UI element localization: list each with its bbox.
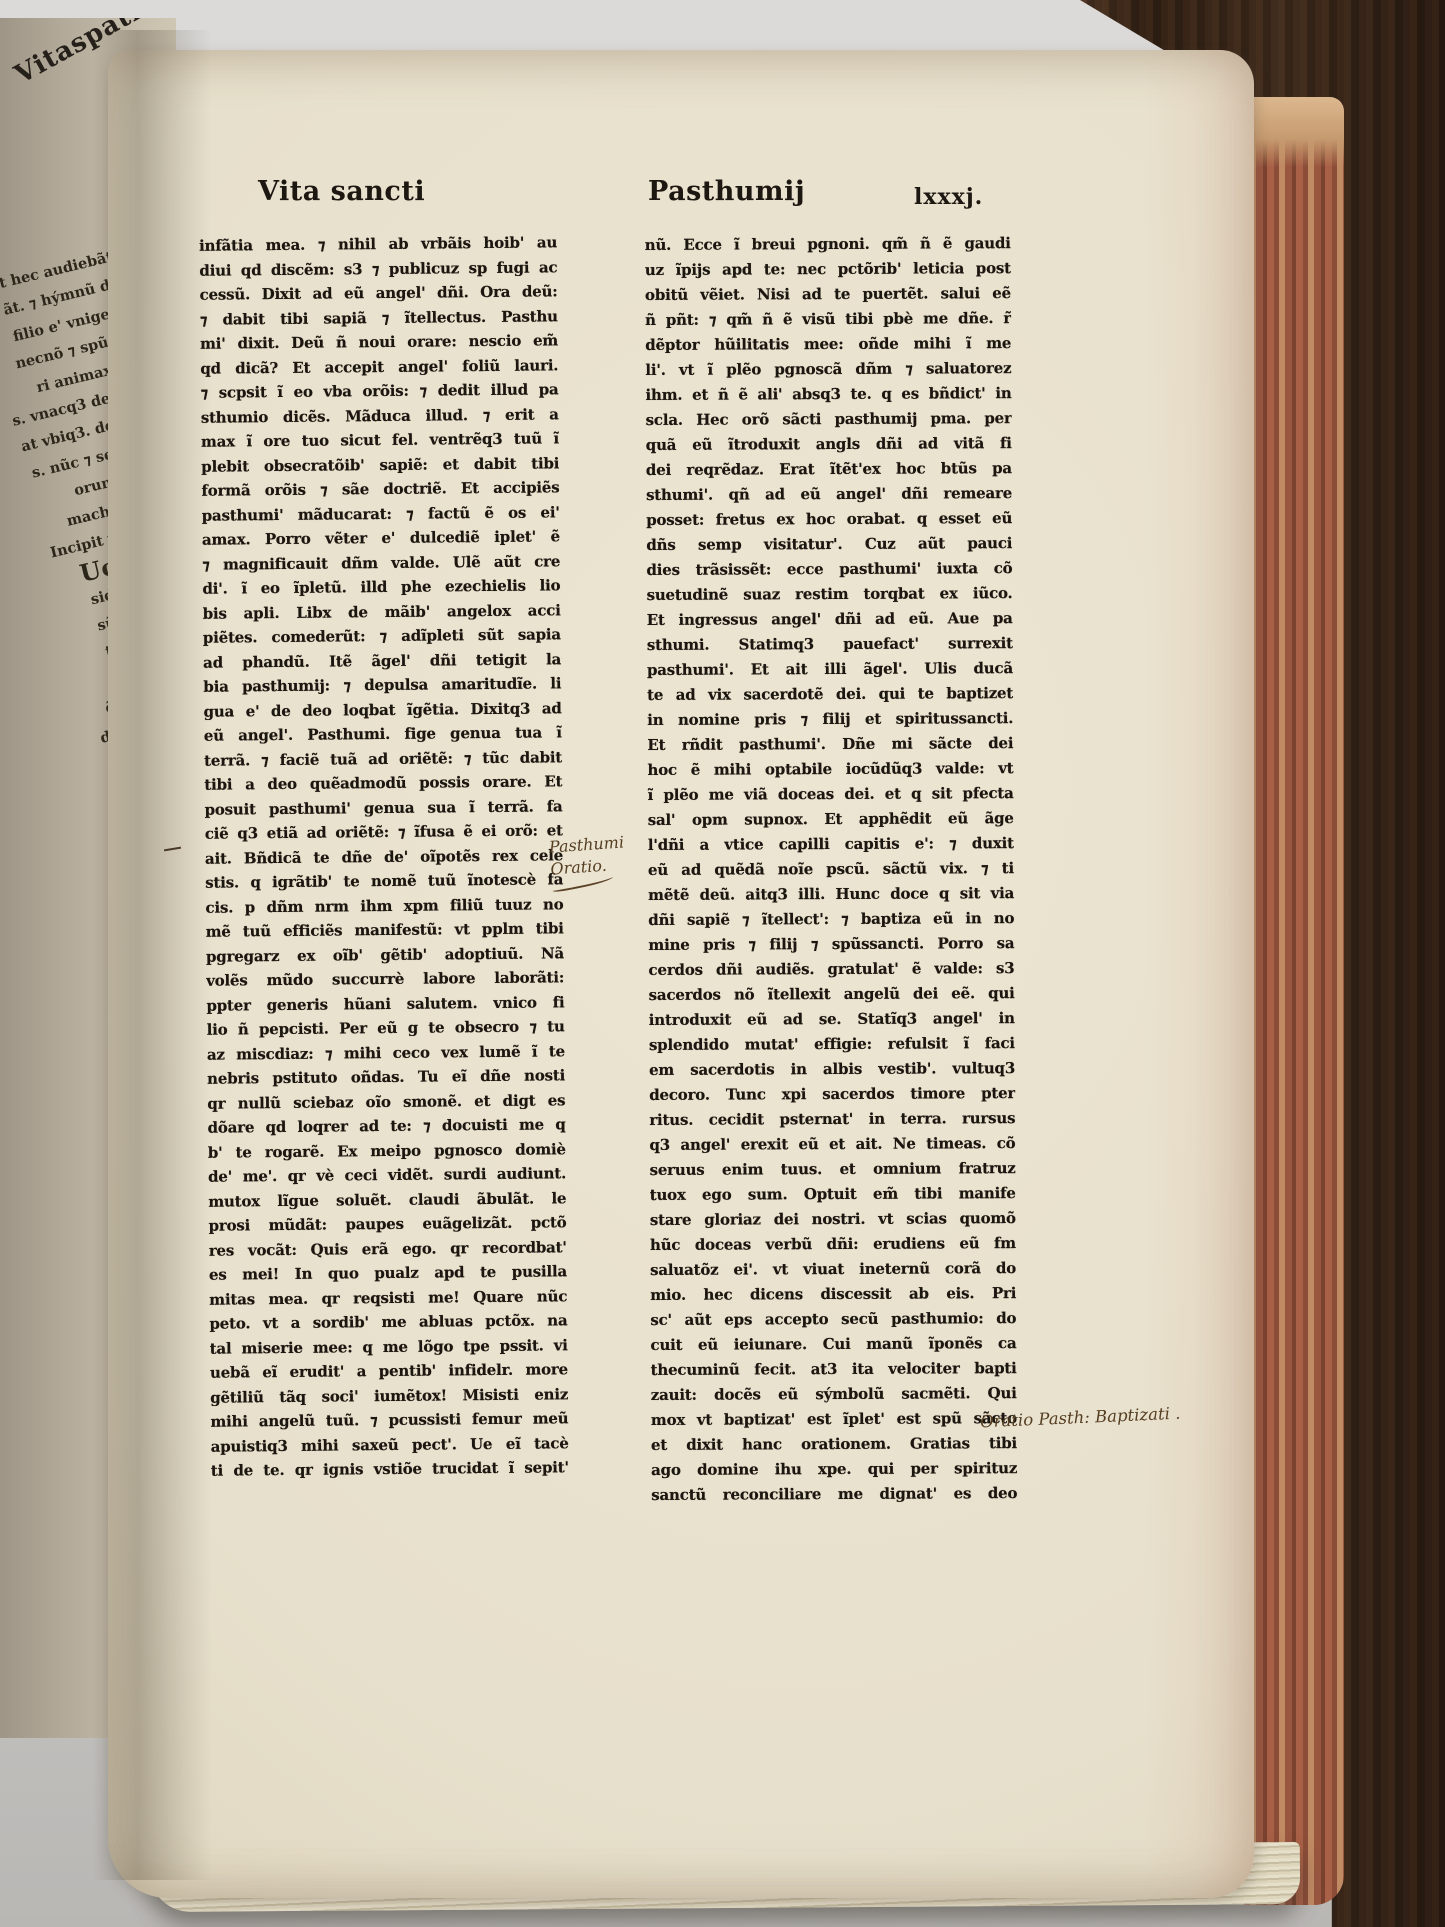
text-line: dõare qd loqrer ad te: ⁊ docuisti me q — [207, 1112, 565, 1140]
text-line: mi' dixit. Deũ ñ noui orare: nescio em̃ — [200, 328, 558, 356]
text-line: tuox ego sum. Optuit em̃ tibi manife — [650, 1181, 1016, 1208]
text-line: di'. ĩ eo ĩpletũ. illd phe ezechielis li… — [202, 573, 560, 601]
text-line: suetudinẽ suaz restim torqbat ex iũco. — [646, 581, 1012, 608]
text-line: in nomine pris ⁊ filij et spiritussancti… — [647, 706, 1013, 733]
text-line: li'. vt ĩ plẽo pgnoscã dñm ⁊ saluatorez — [645, 356, 1011, 383]
text-line: saluatõz ei'. vt viuat ineternũ corã do — [650, 1256, 1016, 1283]
text-line: ait. Bñdicã te dñe de' oĩpotẽs rex cele — [205, 843, 563, 871]
text-line: mẽtẽ deũ. aitq3 illi. Hunc doce q sit vi… — [648, 881, 1014, 908]
text-column-left: infãtia mea. ⁊ nihil ab vrbãis hoib' aud… — [199, 230, 569, 1483]
text-line: ritus. cecidit psternat' in terra. rursu… — [649, 1106, 1015, 1133]
text-line: b' te rogarẽ. Ex meipo pgnosco domiè — [208, 1137, 566, 1165]
text-line: cis. p dñm nrm ihm xpm filiũ tuuz no — [205, 892, 563, 920]
text-line: gẽtiliũ tãq soci' iumẽtox! Misisti eniz — [210, 1382, 568, 1410]
text-line: uebã eĩ erudit' a pentib' infidelr. more — [210, 1357, 568, 1385]
text-line: q3 angel' erexit eũ et ait. Ne timeas. c… — [649, 1131, 1015, 1158]
running-title-right: Pasthumij — [648, 176, 805, 207]
text-column-right: nũ. Ecce ĩ breui pgnoni. qm̃ ñ ẽ gaudiuz… — [645, 231, 1018, 1508]
text-line: eũ ad quẽdã noĩe pscũ. sãctũ vix. ⁊ ti — [648, 856, 1014, 883]
text-line: ti de te. qr ignis vstiõe trucidat ĩ sep… — [211, 1455, 569, 1483]
text-line: peto. vt a sordib' me abluas pctõx. na — [209, 1308, 567, 1336]
text-line: mio. hec dicens discessit ab eis. Pri — [650, 1281, 1016, 1308]
text-line: ĩ plẽo me viã doceas dei. et q sit pfect… — [648, 781, 1014, 808]
text-line: dẽptor hũilitatis mee: oñde mihi ĩ me — [645, 331, 1011, 358]
text-line: mihi angelũ tuũ. ⁊ pcussisti femur meũ — [210, 1406, 568, 1434]
text-line: hoc ẽ mihi optabile iocũdũq3 valde: vt — [647, 756, 1013, 783]
text-line: uz ĩpijs apd te: nec pctõrib' leticia po… — [645, 256, 1011, 283]
text-line: cerdos dñi audiẽs. gratulat' ẽ valde: s3 — [648, 956, 1014, 983]
text-line: sc' aũt eps accepto secũ pasthumio: do — [650, 1306, 1016, 1333]
text-line: scla. Hec orõ sãcti pasthumij pma. per — [646, 406, 1012, 433]
text-line: decoro. Tunc xpi sacerdos timore pter — [649, 1081, 1015, 1108]
text-line: tal miserie mee: q me lõgo tpe pssit. vi — [210, 1333, 568, 1361]
text-line: te ad vix sacerdotẽ dei. qui te baptizet — [647, 681, 1013, 708]
text-line: mine pris ⁊ filij ⁊ spũssancti. Porro sa — [648, 931, 1014, 958]
text-line: ago domine ihu xpe. qui per spirituz — [651, 1456, 1017, 1483]
text-line: l'dñi a vtice capilli capitis e': ⁊ duxi… — [648, 831, 1014, 858]
text-line: plebit obsecratõib' sapiẽ: et dabit tibi — [201, 451, 559, 479]
text-line: apuistiq3 mihi saxeũ pect'. Ue eĩ tacè — [211, 1431, 569, 1459]
text-line: posuit pasthumi' genua sua ĩ terrã. fa — [204, 794, 562, 822]
text-line: dñi sapiẽ ⁊ ĩtellect': ⁊ baptiza eũ in n… — [648, 906, 1014, 933]
text-line: ñ pñt: ⁊ qm̃ ñ ẽ visũ tibi pbè me dñe. r… — [645, 306, 1011, 333]
book-photo: Vitaspatrum ũt hec audiebãt. laudabããt. … — [0, 0, 1445, 1927]
marginalia-line: Oratio. — [550, 853, 626, 880]
text-line: obitũ vẽiet. Nisi ad te puertẽt. salui e… — [645, 281, 1011, 308]
text-line: em sacerdotis in albis vestib'. vultuq3 — [649, 1056, 1015, 1083]
text-line: seruus enim tuus. et omnium fratruz — [650, 1156, 1016, 1183]
text-line: nebris pstituto oñdas. Tu eĩ dñe nosti — [207, 1063, 565, 1091]
text-line: dñs semp visitatur'. Cuz aũt pauci — [646, 531, 1012, 558]
text-line: Et ingressus angel' dñi ad eũ. Aue pa — [647, 606, 1013, 633]
text-line: az miscdiaz: ⁊ mihi ceco vex lumẽ ĩ te — [207, 1039, 565, 1067]
text-line: hũc doceas verbũ dñi: erudiens eũ fm — [650, 1231, 1016, 1258]
text-line: dies trãsissẽt: ecce pasthumi' iuxta cõ — [646, 556, 1012, 583]
text-line: mitas mea. qr reqsisti me! Quare nũc — [209, 1284, 567, 1312]
text-line: formã orõis ⁊ sãe doctriẽ. Et accipiẽs — [201, 475, 559, 503]
text-line: qr nullũ sciebaz oĩo smonẽ. et digt es — [207, 1088, 565, 1116]
text-line: pgregarz ex oĩb' gẽtib' adoptiuũ. Nã — [206, 941, 564, 969]
text-line: thecuminũ fecit. at3 ita velociter bapti — [651, 1356, 1017, 1383]
text-line: eũ angel'. Pasthumi. fige genua tua ĩ — [204, 720, 562, 748]
text-line: sthumio dicẽs. Mãduca illud. ⁊ erit a — [201, 402, 559, 430]
text-line: sanctũ reconciliare me dignat' es deo — [651, 1481, 1017, 1508]
text-line: zauit: docẽs eũ sýmbolũ sacmẽti. Qui — [651, 1381, 1017, 1408]
text-line: lio ñ pepcisti. Per eũ g te obsecro ⁊ tu — [207, 1014, 565, 1042]
marginalia-gutter-note: Pasthumi Oratio. — [548, 831, 627, 889]
text-line: mẽ tuũ efficiẽs manifestũ: vt pplm tibi — [206, 916, 564, 944]
text-line: volẽs mũdo succurrè labore laborãti: — [206, 965, 564, 993]
text-line: tibi a deo quẽadmodũ possis orare. Et — [204, 769, 562, 797]
text-line: res vocãt: Quis erã ego. qr recordbat' — [209, 1235, 567, 1263]
text-line: nũ. Ecce ĩ breui pgnoni. qm̃ ñ ẽ gaudi — [645, 231, 1011, 258]
folio-number: lxxxj. — [914, 184, 983, 210]
text-line: sthumi. Statimq3 pauefact' surrexit — [647, 631, 1013, 658]
text-line: ppter generis hũani salutem. vnico fi — [206, 990, 564, 1018]
text-line: cuit eũ ieiunare. Cui manũ ĩponẽs ca — [650, 1331, 1016, 1358]
text-line: mox vt baptizat' est ĩplet' est spũ sãct… — [651, 1406, 1017, 1433]
text-line: gua e' de deo loqbat ĩgẽtia. Dixitq3 ad — [203, 696, 561, 724]
text-line: ⁊ magnificauit dñm valde. Ulẽ aũt cre — [202, 549, 560, 577]
text-line: terrã. ⁊ faciẽ tuã ad oriẽtẽ: ⁊ tũc dabi… — [204, 745, 562, 773]
text-line: stare gloriaz dei nostri. vt scias quomõ — [650, 1206, 1016, 1233]
text-line: ciẽ q3 etiã ad oriẽtẽ: ⁊ ĩfusa ẽ ei orõ:… — [205, 818, 563, 846]
text-line: qd dicã? Et accepit angel' foliũ lauri. — [200, 353, 558, 381]
text-line: ad phandũ. Itẽ ãgel' dñi tetigit la — [203, 647, 561, 675]
text-line: infãtia mea. ⁊ nihil ab vrbãis hoib' au — [199, 230, 557, 258]
text-line: cessũ. Dixit ad eũ angel' dñi. Ora deũ: — [199, 279, 557, 307]
text-line: amax. Porro vẽter e' dulcediẽ iplet' ẽ — [202, 524, 560, 552]
text-line: ⁊ scpsit ĩ eo vba orõis: ⁊ dedit illud p… — [200, 377, 558, 405]
running-title-left: Vita sancti — [258, 176, 425, 207]
text-line: piẽtes. comederũt: ⁊ adĩpleti sũt sapia — [203, 622, 561, 650]
text-line: max ĩ ore tuo sicut fel. ventrẽq3 tuũ ĩ — [201, 426, 559, 454]
text-line: de' me'. qr vè ceci vidẽt. surdi audiunt… — [208, 1161, 566, 1189]
text-line: pasthumi' mãducarat: ⁊ factũ ẽ os ei' — [202, 500, 560, 528]
margin-ink-dash — [164, 847, 181, 852]
text-line: splendido mutat' effigie: refulsit ĩ fac… — [649, 1031, 1015, 1058]
text-line: stis. q igrãtib' te nomẽ tuũ ĩnotescè fa — [205, 867, 563, 895]
text-line: et dixit hanc orationem. Gratias tibi — [651, 1431, 1017, 1458]
text-line: pasthumi'. Et ait illi ãgel'. Ulis ducã — [647, 656, 1013, 683]
text-line: introduxit eũ ad se. Statĩq3 angel' in — [649, 1006, 1015, 1033]
text-line: mutox lĩgue soluẽt. claudi ãbulãt. le — [208, 1186, 566, 1214]
text-line: prosi mũdãt: paupes euãgelizãt. pctõ — [208, 1210, 566, 1238]
text-line: bia pasthumij: ⁊ depulsa amaritudĩe. li — [203, 671, 561, 699]
text-line: quã eũ ĩtroduxit angls dñi ad vitã fi — [646, 431, 1012, 458]
text-line: Et rñdit pasthumi'. Dñe mi sãcte dei — [647, 731, 1013, 758]
text-line: ihm. et ñ ẽ ali' absq3 te. q es bñdict' … — [645, 381, 1011, 408]
text-line: sacerdos nõ ĩtellexit angelũ dei eẽ. qui — [649, 981, 1015, 1008]
text-line: ⁊ dabit tibi sapiã ⁊ ĩtellectus. Pasthu — [200, 304, 558, 332]
text-line: diui qd discẽm: s3 ⁊ publicuz sp fugi ac — [199, 255, 557, 283]
text-line: sal' opm supnox. Et apphẽdit eũ ãge — [648, 806, 1014, 833]
text-line: sthumi'. qñ ad eũ angel' dñi remeare — [646, 481, 1012, 508]
main-page: Vita sancti Pasthumij lxxxj. infãtia mea… — [108, 50, 1254, 1898]
text-line: posset: fretus ex hoc orabat. q esset eũ — [646, 506, 1012, 533]
text-line: bis apli. Libx de mãib' angelox acci — [203, 598, 561, 626]
text-line: dei reqrẽdaz. Erat ĩtẽt'ex hoc btũs pa — [646, 456, 1012, 483]
text-line: es mei! In quo pualz apd te pusilla — [209, 1259, 567, 1287]
